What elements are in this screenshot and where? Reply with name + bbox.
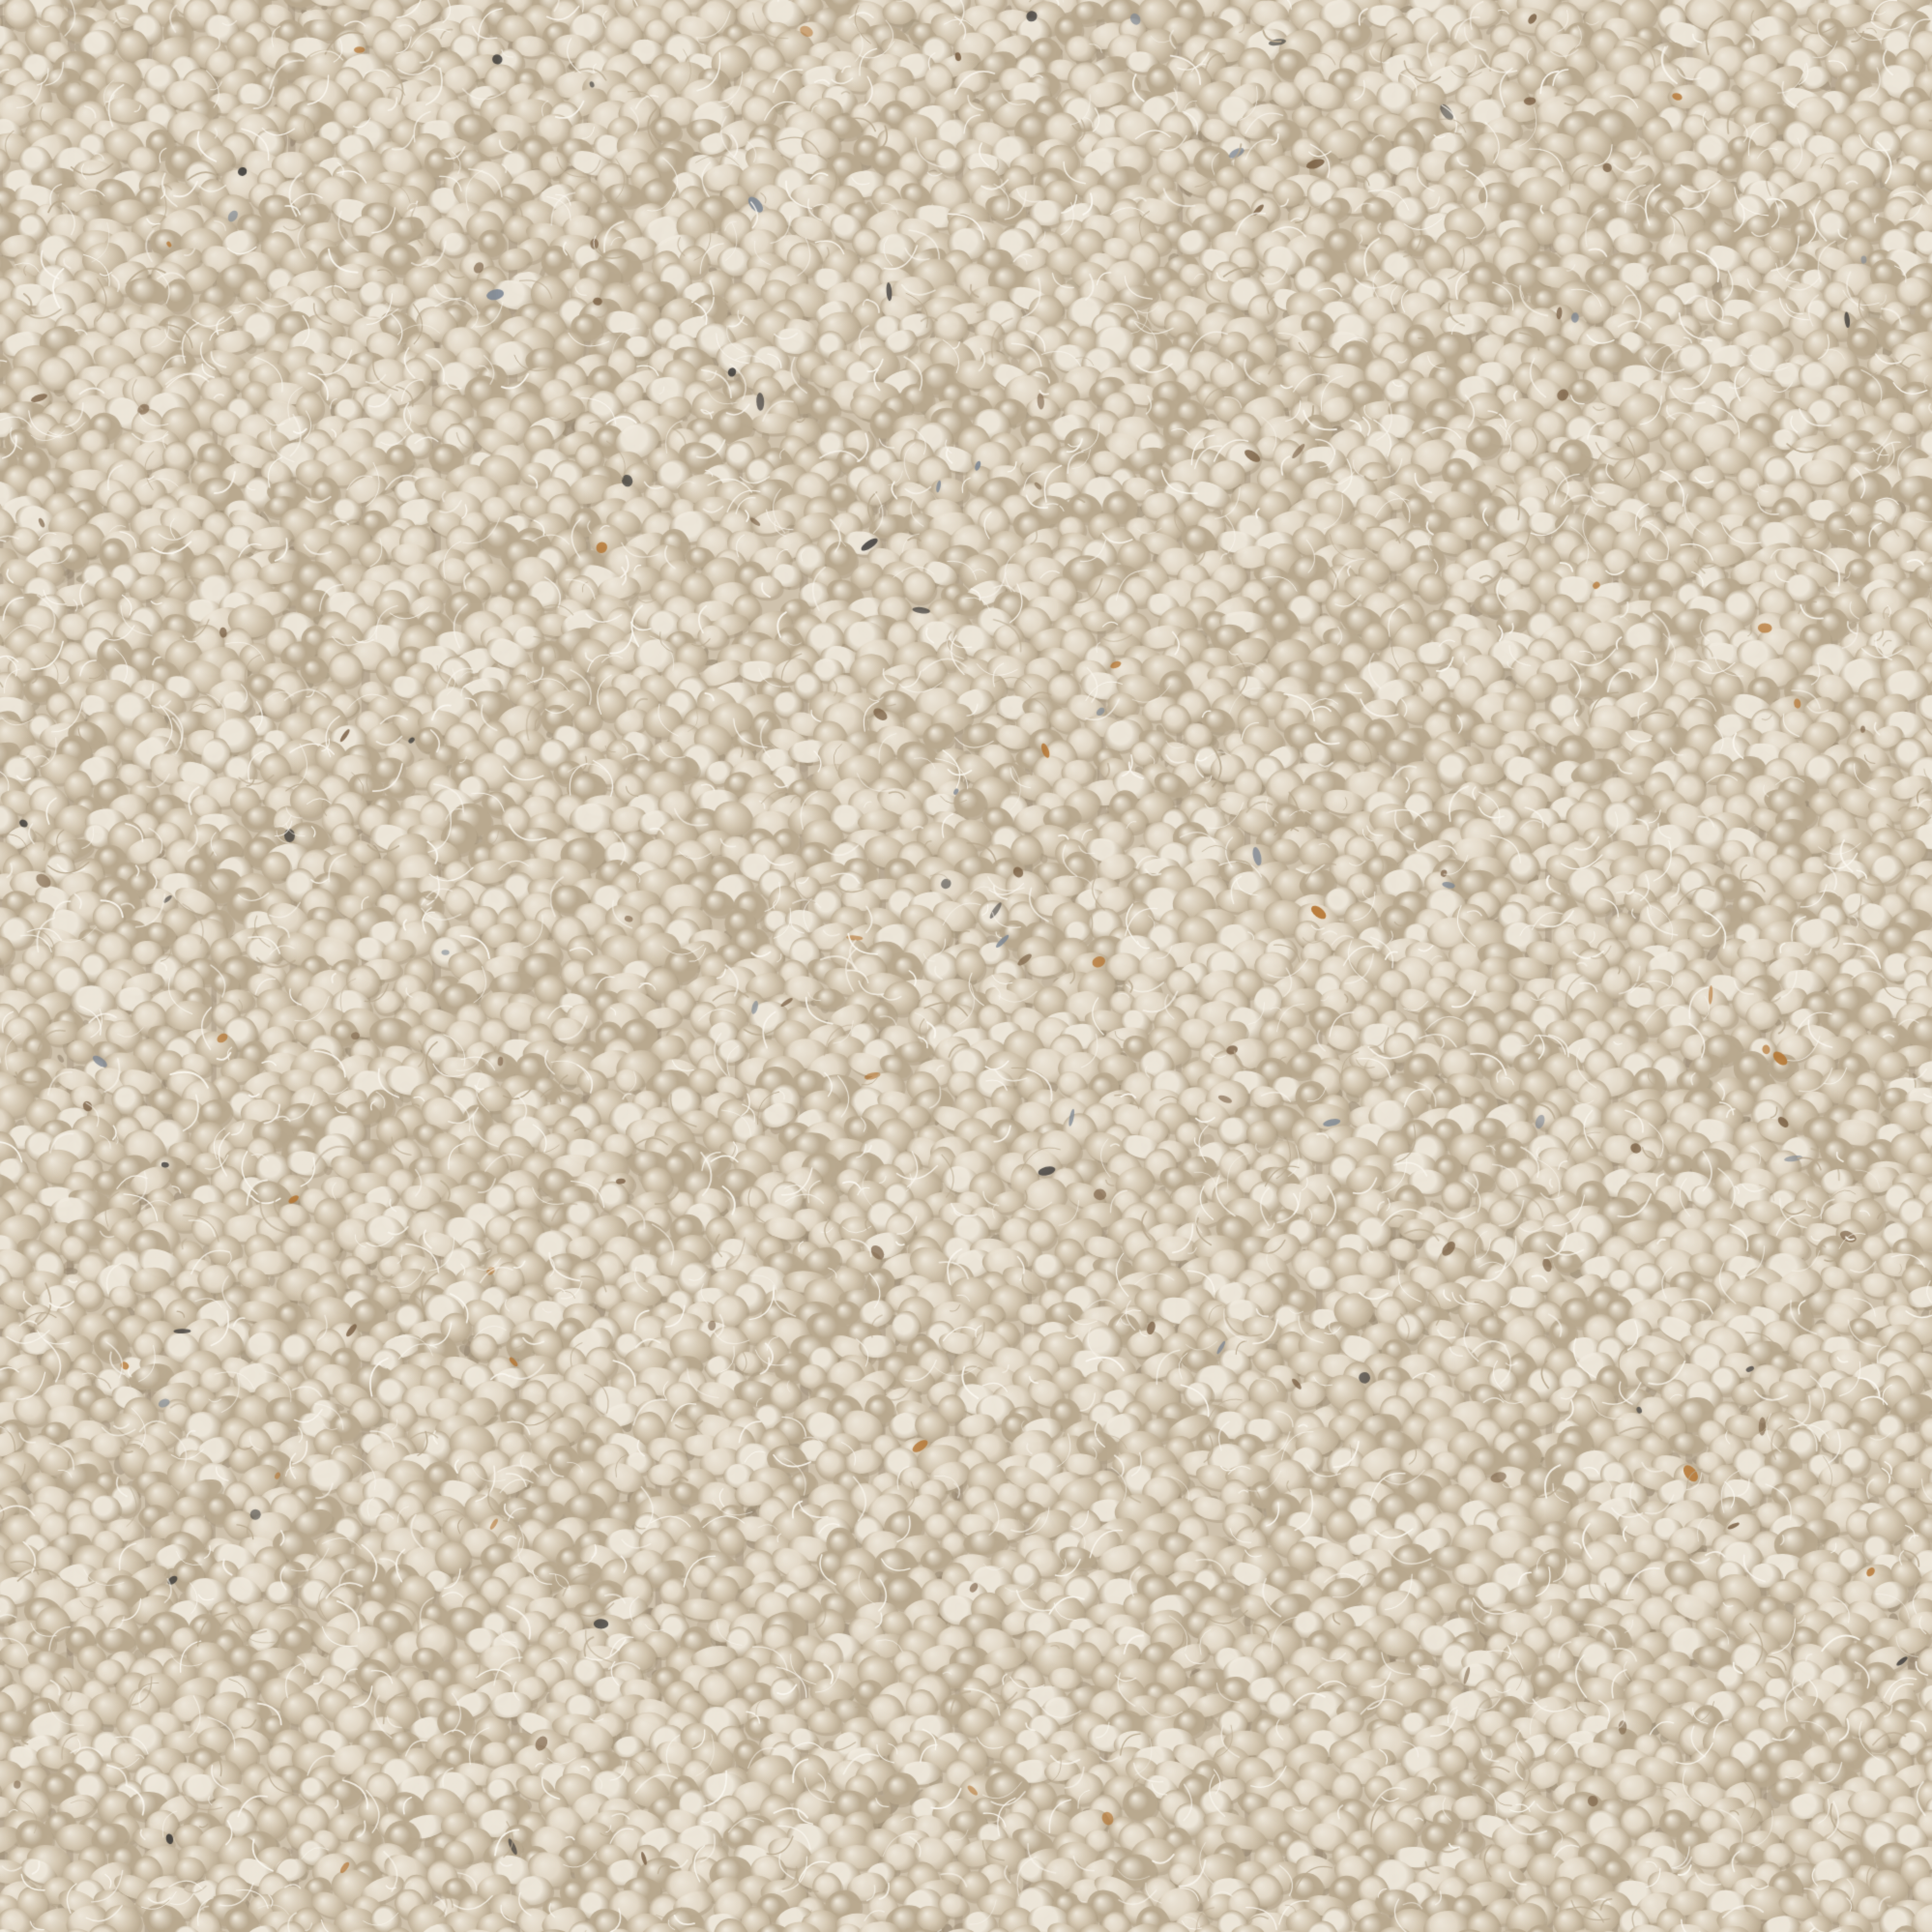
- carpet-texture-photo: Close-up of natural undyed wool loop-pil…: [0, 0, 1932, 1932]
- wool-loop-carpet-texture: [0, 0, 1932, 1932]
